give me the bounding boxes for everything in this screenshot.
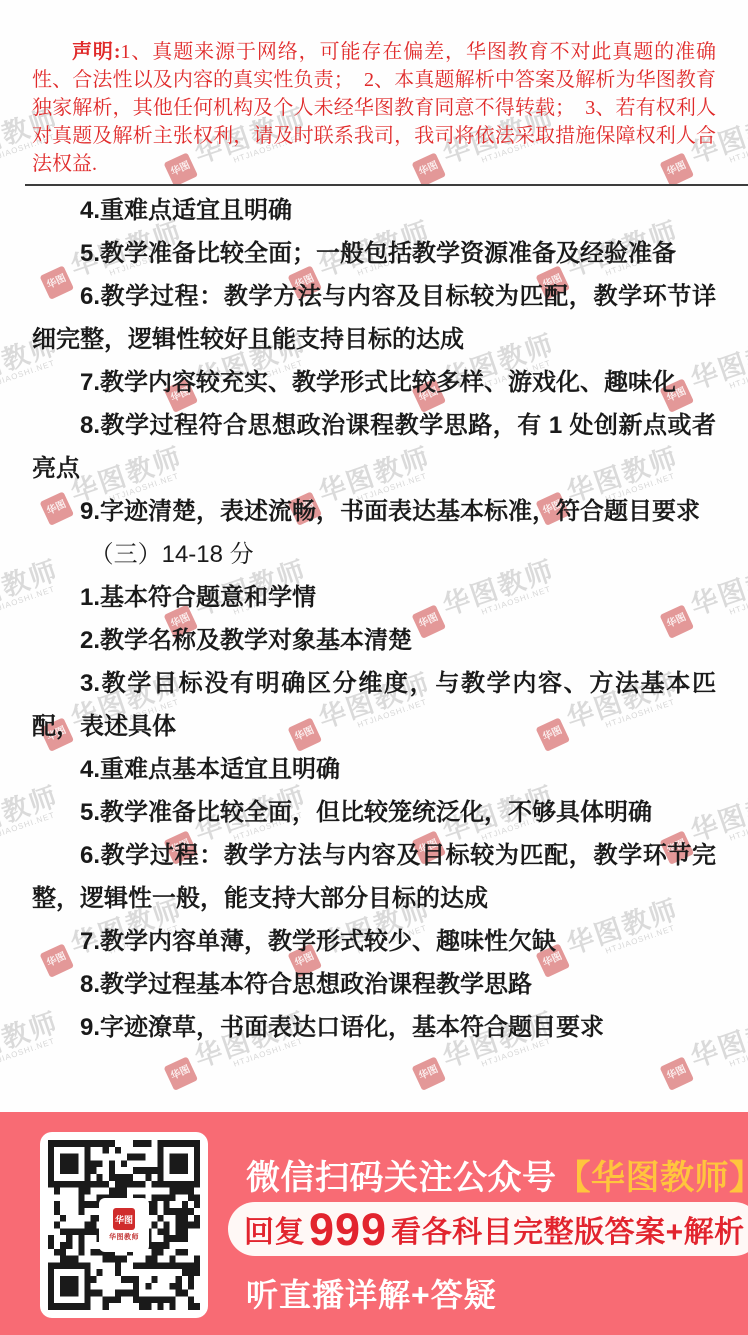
qr-card: 华图 华图教师 [40, 1132, 208, 1318]
brand-highlight: 【华图教师】 [557, 1159, 748, 1197]
list-item: 5.教学准备比较全面；一般包括教学资源准备及经验准备 [32, 232, 716, 275]
list-item: 6.教学过程：教学方法与内容及目标较为匹配，教学环节完整，逻辑性一般，能支持大部… [32, 834, 716, 920]
huatu-logo-watermark-icon: 华图 [660, 1056, 695, 1091]
divider-line [25, 184, 748, 186]
pill-suffix: 看各科目完整版答案+解析 [391, 1207, 745, 1251]
list-item: 7.教学内容单薄，教学形式较少、趣味性欠缺 [32, 920, 716, 963]
list-item: 9.字迹潦草，书面表达口语化，基本符合题目要求 [32, 1006, 716, 1049]
list-item: 8.教学过程符合思想政治课程教学思路，有 1 处创新点或者亮点 [32, 404, 716, 490]
pill-prefix: 回复 [244, 1207, 305, 1251]
follow-text: 微信扫码关注公众号 [246, 1159, 557, 1197]
list-item: 8.教学过程基本符合思想政治课程教学思路 [32, 963, 716, 1006]
qr-center-logo: 华图 华图教师 [99, 1198, 149, 1252]
disclaimer-paragraph: 声明:1、真题来源于网络，可能存在偏差，华图教育不对此真题的准确性、合法性以及内… [32, 38, 716, 178]
wechat-follow-line: 微信扫码关注公众号【华图教师】 [246, 1150, 748, 1199]
list-item: 3.教学目标没有明确区分维度，与教学内容、方法基本匹配，表述具体 [32, 662, 716, 748]
list-item: 7.教学内容较充实、教学形式比较多样、游戏化、趣味化 [32, 361, 716, 404]
scoring-criteria-list: 4.重难点适宜且明确 5.教学准备比较全面；一般包括教学资源准备及经验准备 6.… [32, 189, 716, 1049]
list-item: 4.重难点适宜且明确 [32, 189, 716, 232]
list-item: 2.教学名称及教学对象基本清楚 [32, 619, 716, 662]
qr-logo-brand: 华图教师 [109, 1232, 139, 1242]
promo-banner: 华图 华图教师 微信扫码关注公众号【华图教师】 回复999看各科目完整版答案+解… [0, 1112, 748, 1335]
huatu-logo-icon: 华图 [113, 1208, 135, 1230]
reply-999-pill: 回复999看各科目完整版答案+解析 [228, 1202, 748, 1256]
disclaimer-label: 声明: [72, 41, 120, 63]
livestream-line: 听直播详解+答疑 [246, 1270, 497, 1316]
huatu-logo-watermark-icon: 华图 [412, 1056, 447, 1091]
pill-number: 999 [309, 1207, 387, 1252]
list-item: 4.重难点基本适宜且明确 [32, 748, 716, 791]
list-item: 1.基本符合题意和学情 [32, 576, 716, 619]
document-content: 声明:1、真题来源于网络，可能存在偏差，华图教育不对此真题的准确性、合法性以及内… [0, 0, 748, 1049]
list-item: 9.字迹清楚，表述流畅，书面表达基本标准，符合题目要求 [32, 490, 716, 533]
list-item: 6.教学过程：教学方法与内容及目标较为匹配，教学环节详细完整，逻辑性较好且能支持… [32, 275, 716, 361]
promo-text-block: 微信扫码关注公众号【华图教师】 回复999看各科目完整版答案+解析 听直播详解+… [245, 1112, 748, 1335]
document-page: 华图华图教师HTJIAOSHI.NET华图华图教师HTJIAOSHI.NET华图… [0, 0, 748, 1335]
huatu-logo-watermark-icon: 华图 [164, 1056, 199, 1091]
list-item: 5.教学准备比较全面，但比较笼统泛化，不够具体明确 [32, 791, 716, 834]
score-band-heading: （三）14-18 分 [32, 533, 716, 576]
disclaimer-text: 1、真题来源于网络，可能存在偏差，华图教育不对此真题的准确性、合法性以及内容的真… [32, 41, 716, 175]
